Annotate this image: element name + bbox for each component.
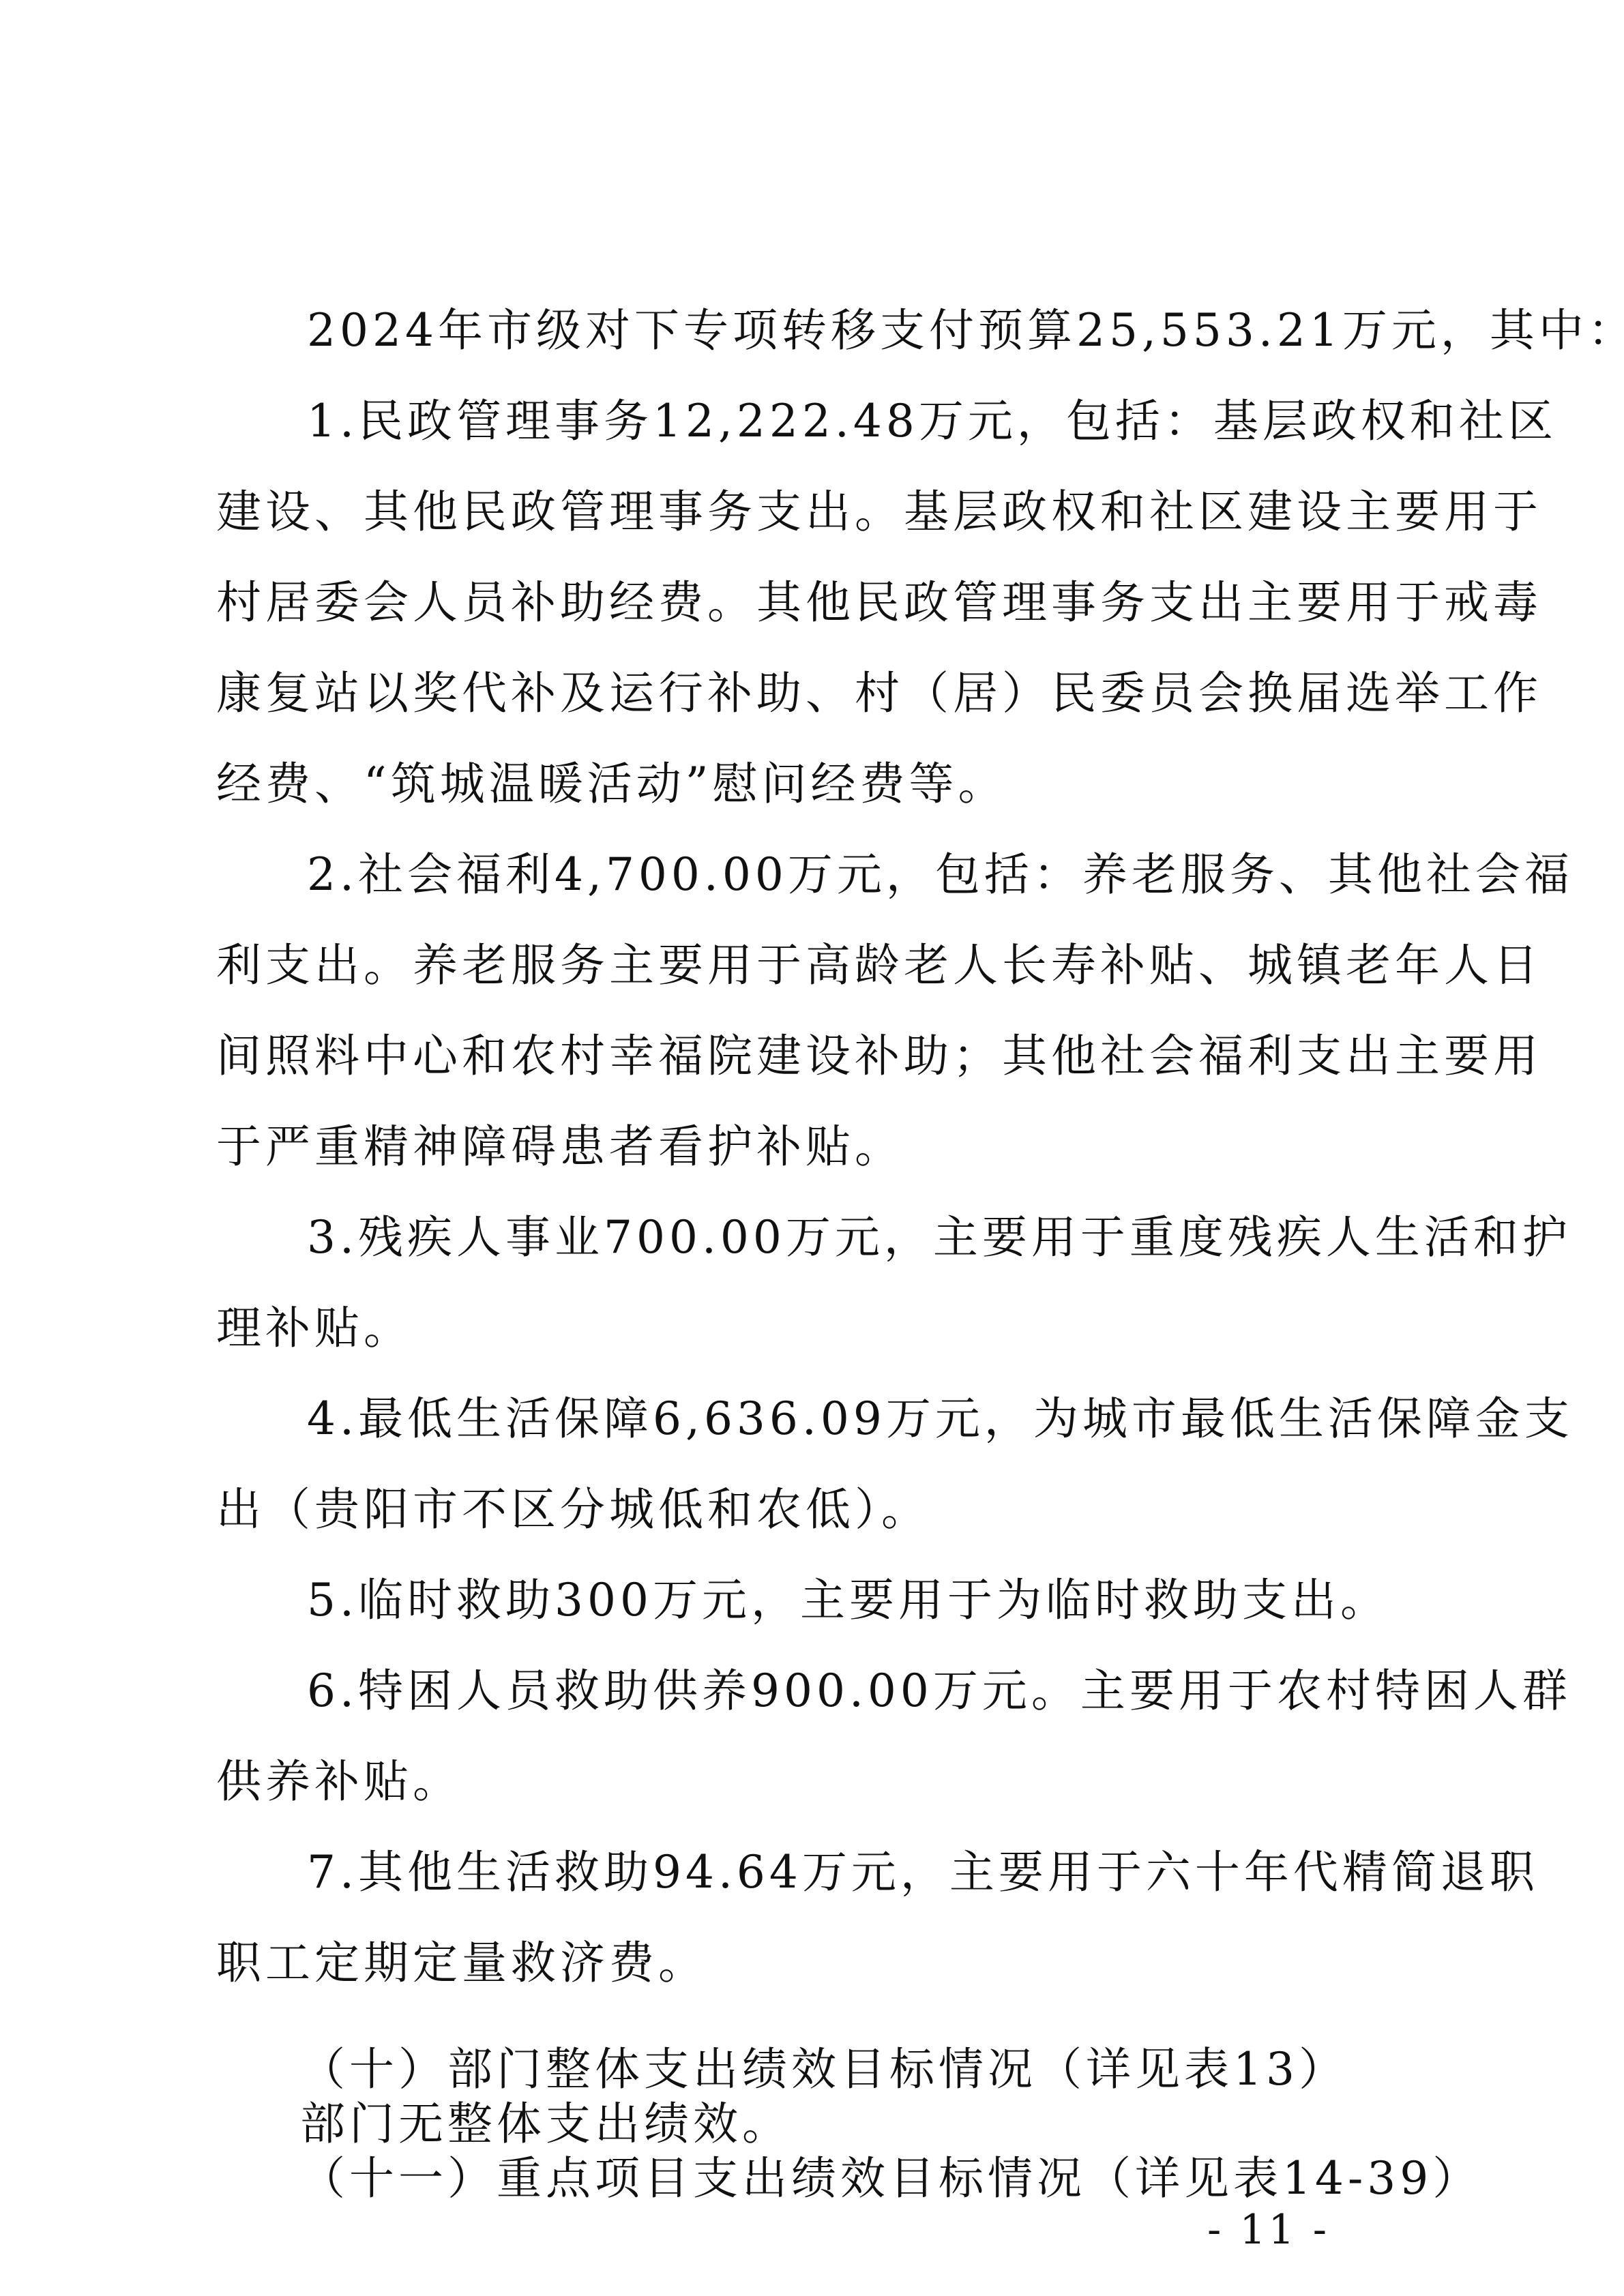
item-1-line-2: 建设、其他民政管理事务支出。基层政权和社区建设主要用于 [216,481,1400,543]
page-number: - 11 - [1207,2203,1329,2257]
item-1-line-5: 经费、“筑城温暖活动”慰问经费等。 [216,754,1400,815]
item-2-line-4: 于严重精神障碍患者看护补贴。 [216,1116,1400,1178]
section-10-body: 部门无整体支出绩效。 [300,2093,1483,2155]
item-2-line-3: 间照料中心和农村幸福院建设补助；其他社会福利支出主要用 [216,1026,1400,1087]
item-1-line-3: 村居委会人员补助经费。其他民政管理事务支出主要用于戒毒 [216,572,1400,633]
item-3-line-1: 3.残疾人事业700.00万元，主要用于重度残疾人生活和护 [307,1207,1400,1268]
item-3-line-2: 理补贴。 [216,1298,1400,1359]
item-2-line-1: 2.社会福利4,700.00万元，包括：养老服务、其他社会福 [307,844,1400,906]
item-6-line-2: 供养补贴。 [216,1751,1400,1813]
intro-paragraph-line: 2024年市级对下专项转移支付预算25,553.21万元，其中： [307,300,1400,361]
item-4-line-1: 4.最低生活保障6,636.09万元，为城市最低生活保障金支 [307,1388,1400,1450]
item-7-line-1: 7.其他生活救助94.64万元，主要用于六十年代精简退职 [307,1842,1400,1903]
item-2-line-2: 利支出。养老服务主要用于高龄老人长寿补贴、城镇老年人日 [216,935,1400,996]
item-4-line-2: 出（贵阳市不区分城低和农低）。 [216,1479,1400,1540]
section-10-heading: （十）部门整体支出绩效目标情况（详见表13） [300,2039,1483,2100]
item-6-line-1: 6.特困人员救助供养900.00万元。主要用于农村特困人群 [307,1660,1400,1722]
document-page: 2024年市级对下专项转移支付预算25,553.21万元，其中： 1.民政管理事… [0,0,1624,2296]
section-11-heading: （十一）重点项目支出绩效目标情况（详见表14-39） [300,2148,1483,2209]
item-5-line-1: 5.临时救助300万元，主要用于为临时救助支出。 [307,1570,1400,1631]
item-7-line-2: 职工定期定量救济费。 [216,1933,1400,1994]
item-1-line-1: 1.民政管理事务12,222.48万元，包括：基层政权和社区 [307,391,1400,452]
item-1-line-4: 康复站以奖代补及运行补助、村（居）民委员会换届选举工作 [216,663,1400,724]
